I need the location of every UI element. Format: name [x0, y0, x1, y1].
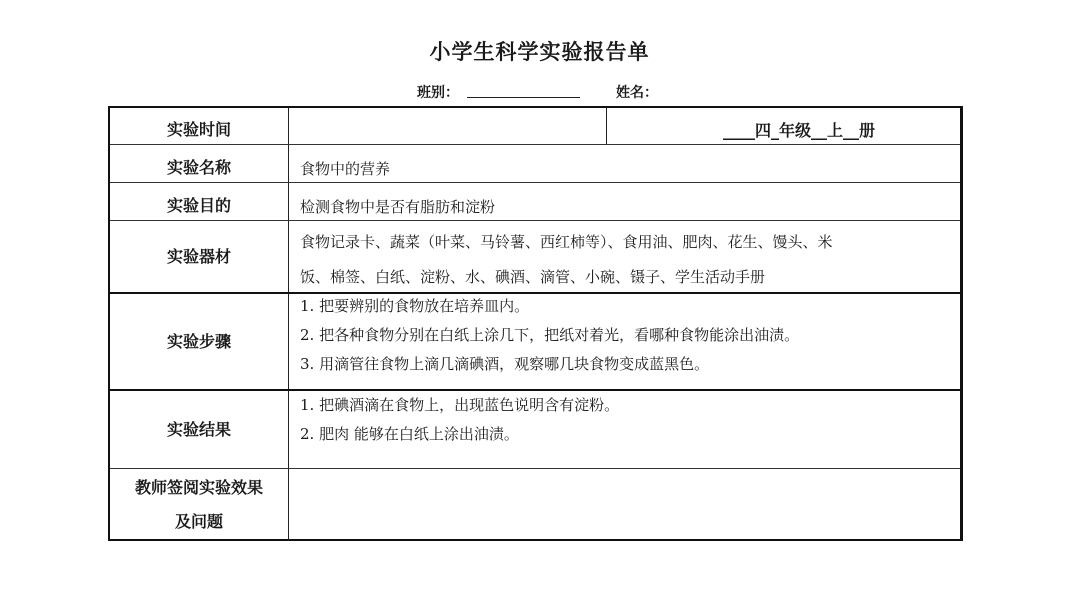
experiment-results-value: 1. 把碘酒滴在食物上，出现蓝色说明含有淀粉。 2. 肥肉 能够在白纸上涂出油渍…: [288, 391, 960, 468]
row-experiment-results: 实验结果 1. 把碘酒滴在食物上，出现蓝色说明含有淀粉。 2. 肥肉 能够在白纸…: [110, 391, 960, 469]
label-experiment-steps: 实验步骤: [110, 294, 289, 389]
materials-line-1: 食物记录卡、蔬菜（叶菜、马铃薯、西红柿等）、食用油、肥肉、花生、馒头、米: [300, 232, 950, 252]
row-experiment-materials: 实验器材 食物记录卡、蔬菜（叶菜、马铃薯、西红柿等）、食用油、肥肉、花生、馒头、…: [110, 221, 960, 294]
step-item-2: 2. 把各种食物分别在白纸上涂几下，把纸对着光，看哪种食物能涂出油渍。: [300, 325, 799, 345]
label-experiment-results: 实验结果: [110, 391, 289, 468]
class-blank-line[interactable]: [467, 97, 580, 98]
experiment-time-field[interactable]: [288, 108, 603, 144]
row-experiment-steps: 实验步骤 1. 把要辨别的食物放在培养皿内。 2. 把各种食物分别在白纸上涂几下…: [110, 294, 960, 391]
result-item-1: 1. 把碘酒滴在食物上，出现蓝色说明含有淀粉。: [300, 395, 619, 415]
experiment-materials-value: 食物记录卡、蔬菜（叶菜、马铃薯、西红柿等）、食用油、肥肉、花生、馒头、米 饭、棉…: [288, 221, 960, 292]
experiment-purpose-text: 检测食物中是否有脂肪和淀粉: [300, 198, 495, 216]
experiment-steps-value: 1. 把要辨别的食物放在培养皿内。 2. 把各种食物分别在白纸上涂几下，把纸对着…: [288, 294, 960, 389]
teacher-review-label-line1: 教师签阅实验效果: [135, 471, 263, 505]
row-teacher-review: 教师签阅实验效果 及问题: [110, 469, 960, 541]
label-experiment-name: 实验名称: [110, 145, 289, 182]
experiment-purpose-value: 检测食物中是否有脂肪和淀粉: [288, 183, 960, 220]
step-item-1: 1. 把要辨别的食物放在培养皿内。: [300, 296, 529, 316]
row-experiment-purpose: 实验目的 检测食物中是否有脂肪和淀粉: [110, 183, 960, 221]
row-experiment-time: 实验时间 ____四_年级__上__册: [110, 108, 960, 145]
experiment-name-value: 食物中的营养: [288, 145, 960, 182]
grade-volume-field: ____四_年级__上__册: [607, 108, 960, 144]
label-experiment-time: 实验时间: [110, 108, 289, 144]
row-experiment-name: 实验名称 食物中的营养: [110, 145, 960, 183]
label-experiment-materials: 实验器材: [110, 221, 289, 292]
experiment-name-text: 食物中的营养: [300, 160, 390, 178]
materials-line-2: 饭、棉签、白纸、淀粉、水、碘酒、滴管、小碗、镊子、学生活动手册: [300, 267, 950, 287]
result-item-2: 2. 肥肉 能够在白纸上涂出油渍。: [300, 424, 519, 444]
step-item-3: 3. 用滴管往食物上滴几滴碘酒，观察哪几块食物变成蓝黑色。: [300, 354, 709, 374]
label-teacher-review: 教师签阅实验效果 及问题: [110, 469, 289, 541]
label-experiment-purpose: 实验目的: [110, 183, 289, 220]
name-label: 姓名：: [616, 82, 658, 102]
teacher-review-field[interactable]: [288, 469, 960, 541]
document-title: 小学生科学实验报告单: [0, 36, 1079, 66]
report-table: 实验时间 ____四_年级__上__册 实验名称 食物中的营养 实验目的 检测食…: [108, 106, 963, 541]
class-label: 班别：: [417, 82, 459, 102]
teacher-review-label-line2: 及问题: [175, 505, 223, 539]
